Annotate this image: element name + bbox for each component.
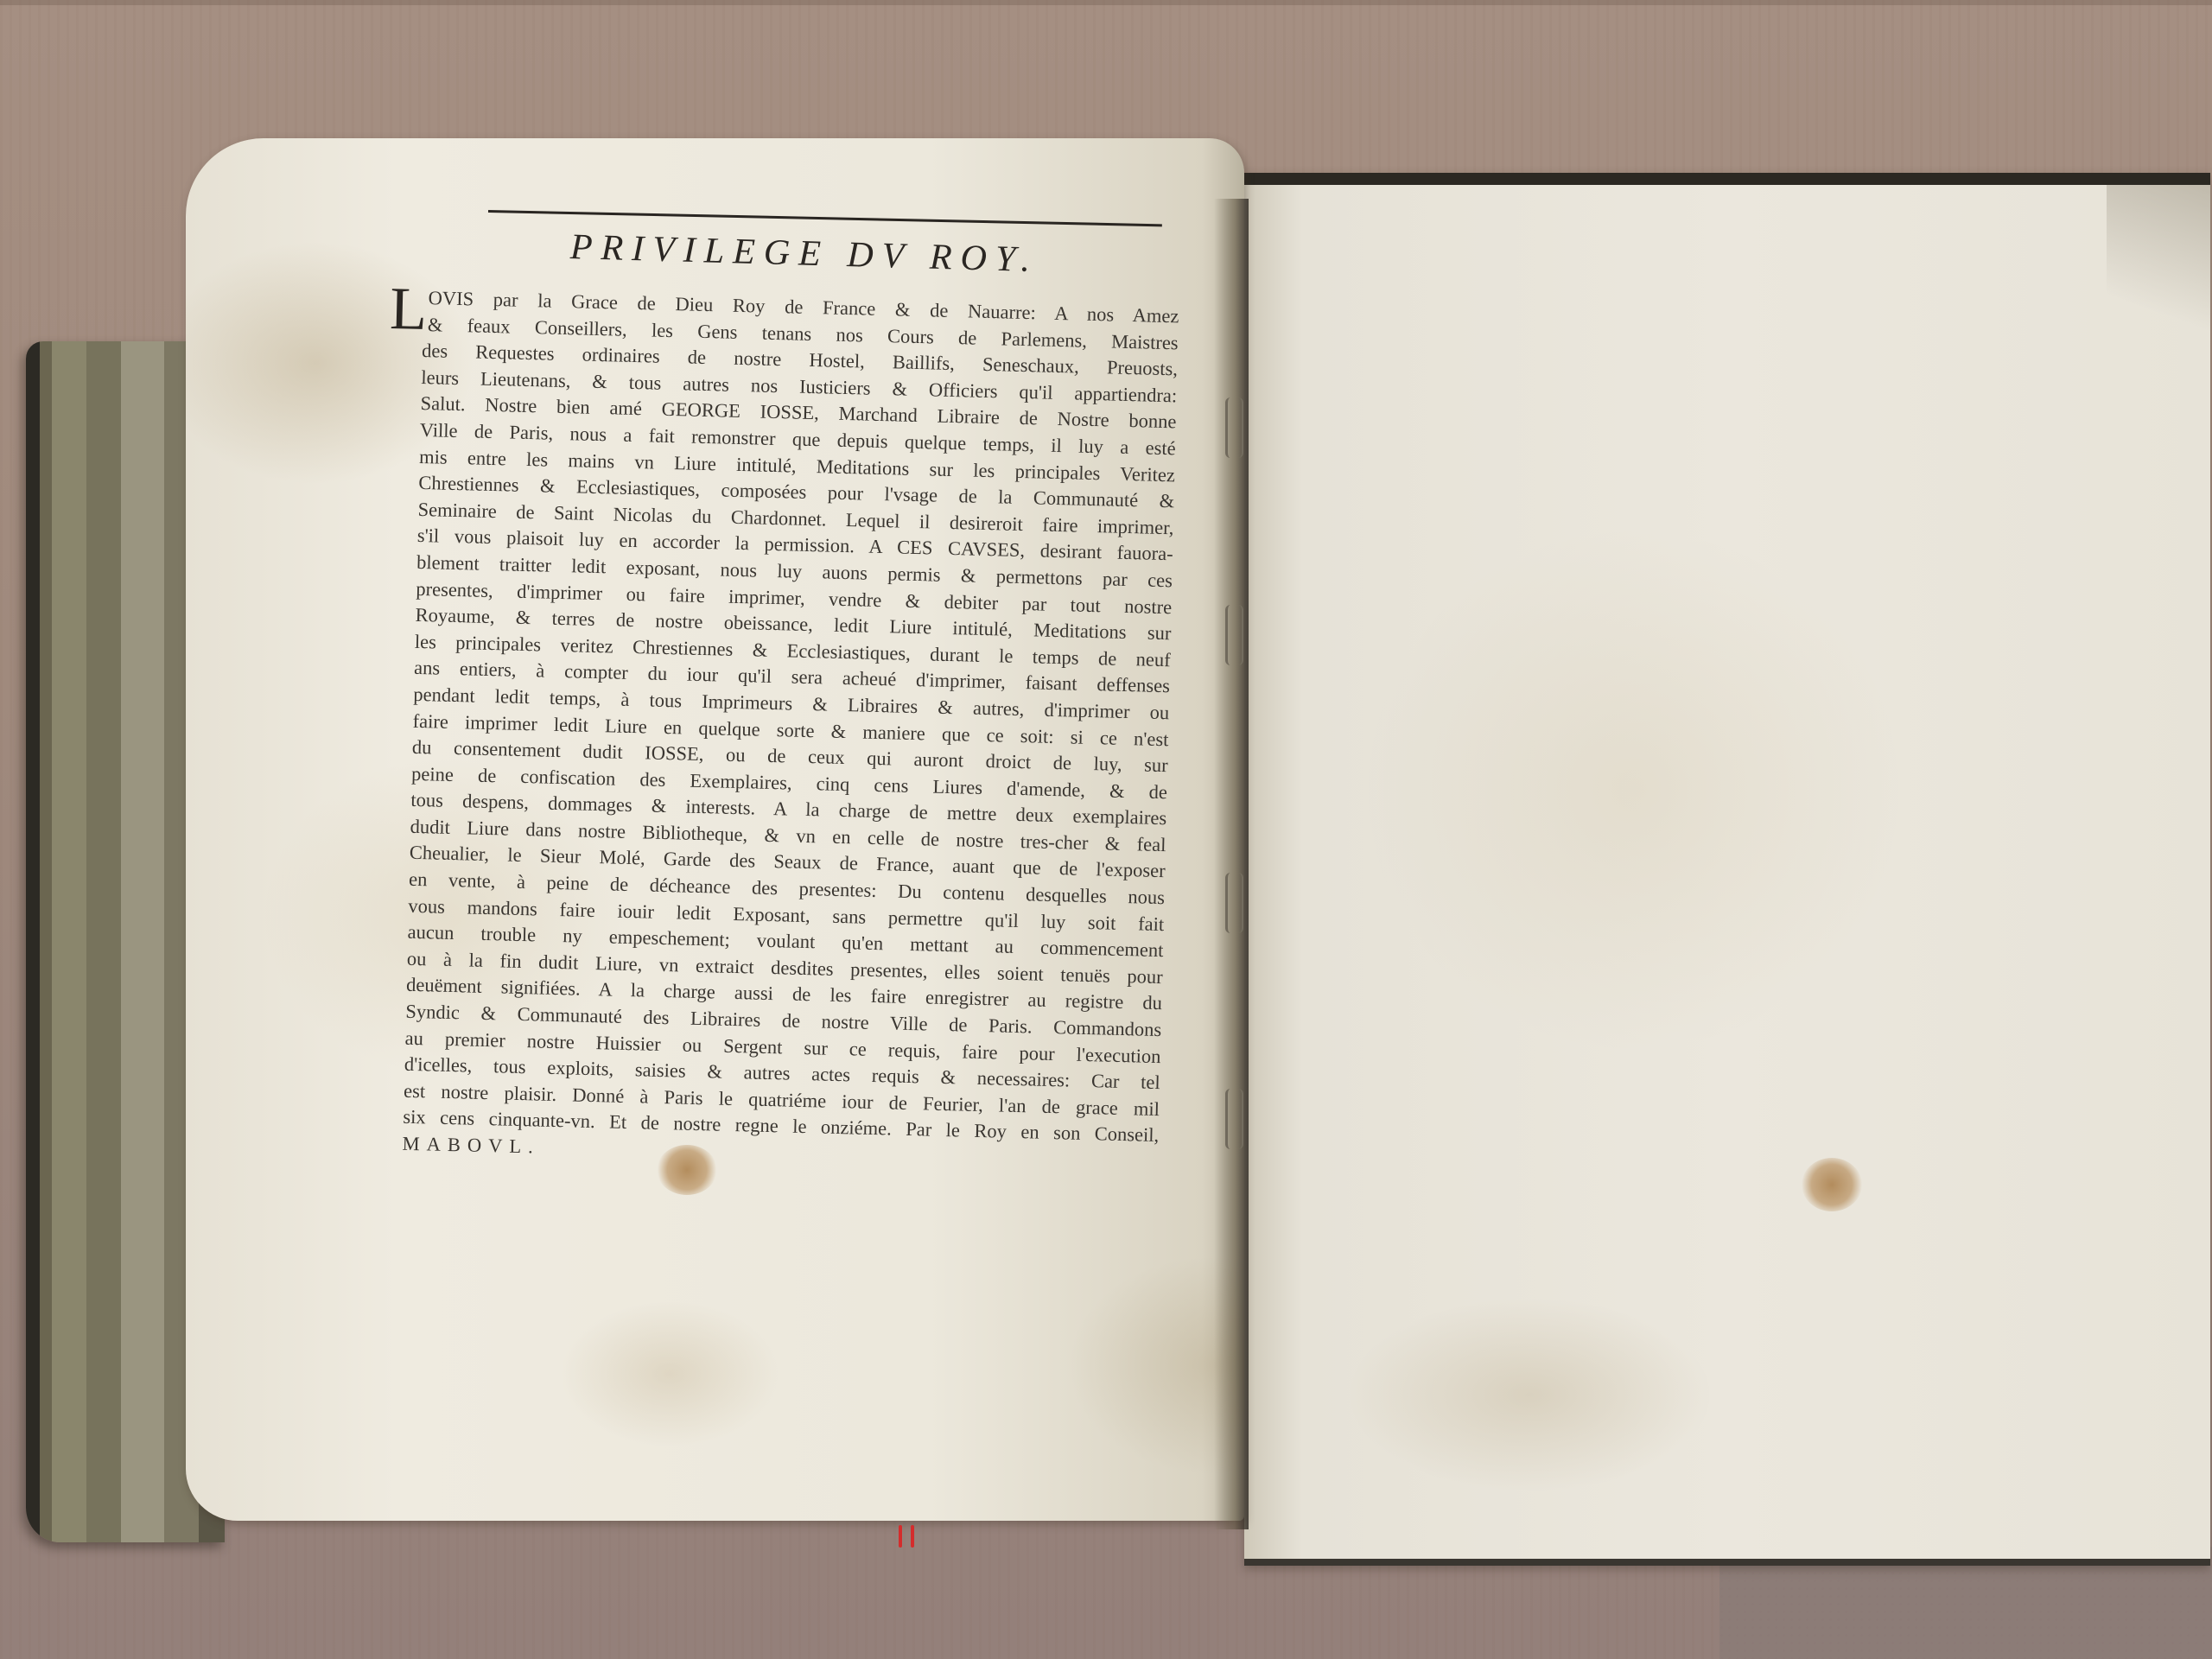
red-ink-mark	[911, 1525, 914, 1548]
binding-stitch	[1225, 1089, 1243, 1149]
red-ink-mark	[899, 1525, 902, 1548]
binding-stitch	[1225, 873, 1243, 933]
page-corner-curl	[2107, 185, 2210, 358]
table-surface-seam	[0, 0, 2212, 5]
right-page-blank	[1244, 173, 2210, 1566]
binding-stitch	[1225, 397, 1243, 458]
foxing-stain-right	[1802, 1158, 1862, 1211]
binding-stitch	[1225, 605, 1243, 665]
drop-cap: L	[389, 279, 427, 340]
privilege-text: L OVIS par la Grace de Dieu Roy de Franc…	[402, 285, 1179, 1176]
